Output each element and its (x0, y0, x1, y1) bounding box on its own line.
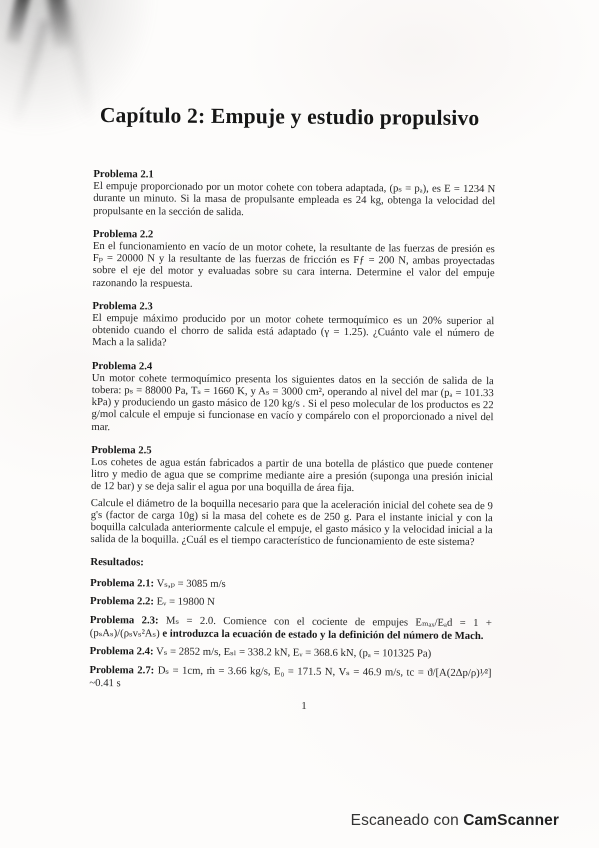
results-heading: Resultados: (90, 556, 492, 571)
result-label: Problema 2.4: (90, 645, 154, 658)
problem-text: En el funcionamiento en vacío de un moto… (93, 240, 495, 292)
scan-smudge-artifact (11, 19, 50, 127)
page-number: 1 (294, 700, 314, 712)
results-section: Resultados: Problema 2.1: Vₛ,ₚ = 3085 m/… (89, 556, 492, 692)
chapter-title: Capítulo 2: Empuje y estudio propulsivo (100, 100, 496, 133)
problem-text: Un motor cohete termoquímico presenta lo… (91, 372, 493, 436)
result-value: Vₛ,ₚ = 3085 m/s (157, 577, 226, 590)
result-label: Problema 2.7: (89, 664, 154, 677)
result-label: Problema 2.2: (90, 595, 154, 608)
problem-text: Calcule el diámetro de la boquilla neces… (91, 497, 493, 549)
result-value: Vₛ = 2852 m/s, Eₛₗ = 338.2 kN, Eᵥ = 368.… (156, 646, 431, 660)
result-line: Problema 2.3: Mₛ = 2.0. Comience con el … (90, 614, 492, 643)
result-line: Problema 2.7: Dₛ = 1cm, ṁ = 3.66 kg/s, E… (89, 664, 491, 693)
problem-2-2: Problema 2.2 En el funcionamiento en vac… (93, 228, 495, 292)
scan-smudge-artifact (46, 0, 72, 49)
document-content: Capítulo 2: Empuje y estudio propulsivo … (89, 100, 496, 698)
footer-prefix: Escaneado con (351, 812, 464, 829)
result-label: Problema 2.1: (90, 577, 154, 590)
result-value: Eᵥ = 19800 N (157, 596, 215, 608)
result-note: e introduzca la ecuación de estado y la … (162, 627, 483, 642)
problem-text: El empuje máximo producido por un motor … (92, 312, 494, 352)
camscanner-footer: Escaneado con CamScanner (351, 812, 559, 830)
scanned-page: Capítulo 2: Empuje y estudio propulsivo … (0, 0, 599, 848)
problem-2-3: Problema 2.3 El empuje máximo producido … (92, 300, 494, 352)
camscanner-brand: CamScanner (463, 812, 559, 829)
problem-2-1: Problema 2.1 El empuje proporcionado por… (93, 168, 495, 220)
scan-smudge-artifact (62, 6, 97, 125)
result-label: Problema 2.3: (90, 614, 159, 627)
result-line: Problema 2.1: Vₛ,ₚ = 3085 m/s (90, 577, 492, 593)
scan-smudge-artifact (6, 0, 33, 45)
problem-2-5: Problema 2.5 Los cohetes de agua están f… (91, 444, 494, 549)
result-line: Problema 2.4: Vₛ = 2852 m/s, Eₛₗ = 338.2… (90, 645, 492, 661)
result-line: Problema 2.2: Eᵥ = 19800 N (90, 595, 492, 611)
problem-text: El empuje proporcionado por un motor coh… (93, 180, 495, 220)
problem-text: Los cohetes de agua están fabricados a p… (91, 456, 493, 496)
problem-2-4: Problema 2.4 Un motor cohete termoquímic… (91, 360, 494, 436)
